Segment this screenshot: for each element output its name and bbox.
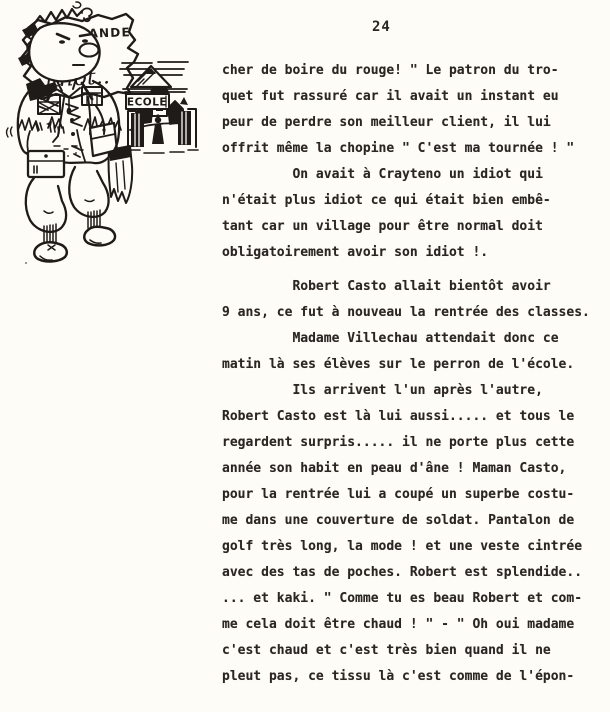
text-line: offrit même la chopine " C'est ma tourné… (222, 136, 604, 162)
text-line: matin là ses élèves sur le perron de l'é… (222, 352, 604, 378)
text-line: Robert Casto est là lui aussi..... et to… (222, 404, 604, 430)
text-line: obligatoirement avoir son idiot !. (222, 240, 604, 266)
text-line: c'est chaud et c'est très bien quand il … (222, 638, 604, 664)
scanned-page: 24 cher de boire du rouge! " Le patron d… (0, 0, 610, 712)
text-line: 9 ans, ce fut à nouveau la rentrée des c… (222, 300, 604, 326)
text-line: n'était plus idiot ce qui était bien emb… (222, 188, 604, 214)
ecole-sign-label: ECOLE (127, 97, 167, 109)
left-trouser-puff (26, 178, 66, 232)
text-line: tant car un village pour être normal doi… (222, 214, 604, 240)
right-eye (82, 39, 88, 43)
text-line: Ils arrivent l'un après l'autre, (222, 378, 604, 404)
school-building: ECOLE (120, 62, 198, 153)
right-trouser-puff (69, 167, 108, 217)
teacher-silhouette (152, 114, 164, 144)
text-line: quet fut rassuré car il avait un instant… (222, 84, 604, 110)
left-eye (59, 40, 65, 44)
left-shoe (34, 242, 67, 261)
text-line: Madame Villechau attendait donc ce (222, 326, 604, 352)
body-text: cher de boire du rouge! " Le patron du t… (222, 58, 604, 690)
text-line: avec des tas de poches. Robert est splen… (222, 560, 604, 586)
text-line: me cela doit être chaud ! " - " Oh oui m… (222, 612, 604, 638)
text-line: Robert Casto allait bientôt avoir (222, 274, 604, 300)
head-outline (29, 23, 99, 81)
text-line: me dans une couverture de soldat. Pantal… (222, 508, 604, 534)
text-line: golf très long, la mode ! et une veste c… (222, 534, 604, 560)
text-line: On avait à Crayteno un idiot qui (222, 162, 604, 188)
text-line: regardent surpris..... il ne porte plus … (222, 430, 604, 456)
text-line: ... et kaki. " Comme tu es beau Robert e… (222, 586, 604, 612)
text-line: année son habit en peau d'âne ! Maman Ca… (222, 456, 604, 482)
hair (34, 9, 82, 24)
page-number: 24 (372, 18, 391, 36)
jacket-left-edge (18, 83, 40, 153)
boy-school-illustration: ECOLE (0, 0, 210, 292)
text-line: cher de boire du rouge! " Le patron du t… (222, 58, 604, 84)
text-line: pleut pas, ce tissu là c'est comme de l'… (222, 664, 604, 690)
boy-figure (18, 2, 132, 264)
text-line: pour la rentrée lui a coupé un superbe c… (222, 482, 604, 508)
text-line: peur de perdre son meilleur client, il l… (222, 110, 604, 136)
